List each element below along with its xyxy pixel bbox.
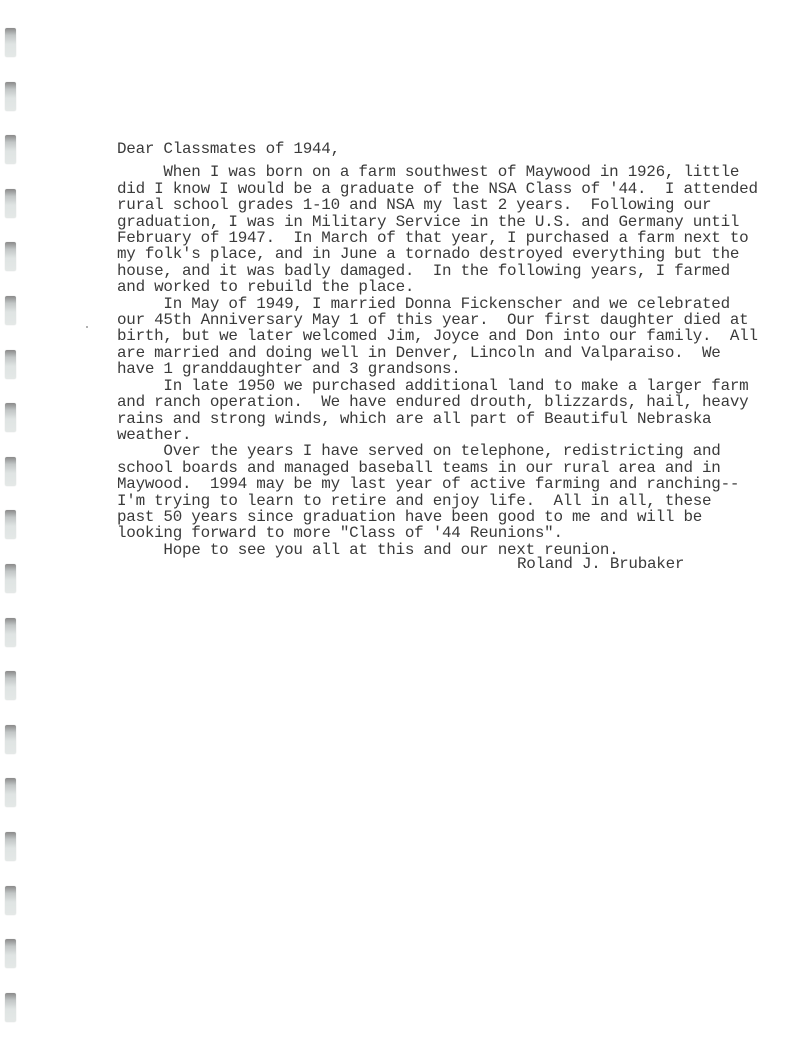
binding-hole: [5, 778, 16, 807]
text-line: graduation, I was in Military Service in…: [117, 214, 797, 230]
binding-hole: [5, 189, 16, 218]
salutation: Dear Classmates of 1944,: [117, 141, 797, 157]
binding-hole: [5, 350, 16, 379]
binding-hole: [5, 671, 16, 700]
binding-hole: [5, 242, 16, 271]
text-line: I'm trying to learn to retire and enjoy …: [117, 493, 797, 509]
text-line: past 50 years since graduation have been…: [117, 509, 797, 525]
scanned-letter-page: Dear Classmates of 1944, When I was born…: [0, 0, 800, 1041]
text-line: have 1 granddaughter and 3 grandsons.: [117, 361, 797, 377]
binding-hole: [5, 296, 16, 325]
binding-hole: [5, 618, 16, 647]
text-line: February of 1947. In March of that year,…: [117, 230, 797, 246]
signature: Roland J. Brubaker: [517, 555, 684, 573]
binding-hole: [5, 886, 16, 915]
text-line: Over the years I have served on telephon…: [117, 443, 797, 459]
text-line: did I know I would be a graduate of the …: [117, 181, 797, 197]
letter-text: When I was born on a farm southwest of M…: [117, 164, 797, 558]
text-line: school boards and managed baseball teams…: [117, 460, 797, 476]
text-line: house, and it was badly damaged. In the …: [117, 263, 797, 279]
text-line: looking forward to more "Class of '44 Re…: [117, 525, 797, 541]
binding-hole: [5, 725, 16, 754]
text-line: rural school grades 1-10 and NSA my last…: [117, 197, 797, 213]
text-line: When I was born on a farm southwest of M…: [117, 164, 797, 180]
binding-holes: [0, 0, 40, 1041]
binding-hole: [5, 82, 16, 111]
binding-hole: [5, 832, 16, 861]
text-line: rains and strong winds, which are all pa…: [117, 411, 797, 427]
binding-hole: [5, 939, 16, 968]
scan-speck: [86, 326, 88, 328]
text-line: my folk's place, and in June a tornado d…: [117, 246, 797, 262]
text-line: In May of 1949, I married Donna Fickensc…: [117, 296, 797, 312]
text-line: In late 1950 we purchased additional lan…: [117, 378, 797, 394]
text-line: birth, but we later welcomed Jim, Joyce …: [117, 328, 797, 344]
text-line: Hope to see you all at this and our next…: [117, 542, 797, 558]
text-line: our 45th Anniversary May 1 of this year.…: [117, 312, 797, 328]
binding-hole: [5, 510, 16, 539]
text-line: and worked to rebuild the place.: [117, 279, 797, 295]
binding-hole: [5, 457, 16, 486]
text-line: weather.: [117, 427, 797, 443]
binding-hole: [5, 403, 16, 432]
binding-hole: [5, 564, 16, 593]
letter-body: Dear Classmates of 1944, When I was born…: [117, 141, 797, 558]
text-line: and ranch operation. We have endured dro…: [117, 394, 797, 410]
binding-hole: [5, 28, 16, 57]
binding-hole: [5, 993, 16, 1022]
text-line: Maywood. 1994 may be my last year of act…: [117, 476, 797, 492]
binding-hole: [5, 135, 16, 164]
text-line: are married and doing well in Denver, Li…: [117, 345, 797, 361]
